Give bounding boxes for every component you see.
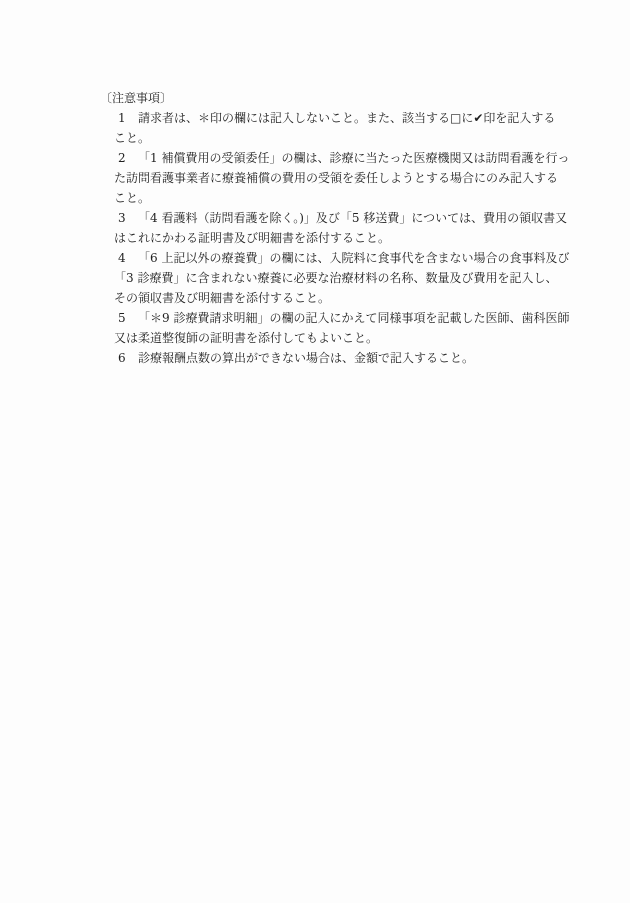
notes-section: 〔注意事項〕 1請求者は、＊印の欄には記入しないこと。また、該当する□に✔印を記… [100, 88, 590, 368]
note-line: 3「4 看護料（訪問看護を除く。)」及び「5 移送費」については、費用の領収書又 [100, 208, 590, 228]
note-item-number: 5 [118, 308, 138, 328]
note-item: 4「6 上記以外の療養費」の欄には、入院料に食事代を含まない場合の食事料及び「3… [100, 248, 590, 308]
note-item-number: 2 [118, 148, 138, 168]
note-item-text: 「4 看護料（訪問看護を除く。)」及び「5 移送費」については、費用の領収書又 [138, 211, 567, 225]
note-item-text: 請求者は、＊印の欄には記入しないこと。また、該当する□に✔印を記入する [138, 111, 555, 125]
note-line: 4「6 上記以外の療養費」の欄には、入院料に食事代を含まない場合の食事料及び [100, 248, 590, 268]
note-item: 1請求者は、＊印の欄には記入しないこと。また、該当する□に✔印を記入すること。 [100, 108, 590, 148]
document-page: 〔注意事項〕 1請求者は、＊印の欄には記入しないこと。また、該当する□に✔印を記… [0, 0, 630, 903]
note-item-text: 「6 上記以外の療養費」の欄には、入院料に食事代を含まない場合の食事料及び [138, 251, 569, 265]
note-line: こと。 [100, 188, 590, 208]
notes-list: 1請求者は、＊印の欄には記入しないこと。また、該当する□に✔印を記入すること。2… [100, 108, 590, 368]
note-line: その領収書及び明細書を添付すること。 [100, 288, 590, 308]
note-item: 2「1 補償費用の受領委任」の欄は、診療に当たった医療機関又は訪問看護を行った訪… [100, 148, 590, 208]
note-item: 3「4 看護料（訪問看護を除く。)」及び「5 移送費」については、費用の領収書又… [100, 208, 590, 248]
note-item: 6診療報酬点数の算出ができない場合は、金額で記入すること。 [100, 348, 590, 368]
note-line: 6診療報酬点数の算出ができない場合は、金額で記入すること。 [100, 348, 590, 368]
note-line: 5「＊9 診療費請求明細」の欄の記入にかえて同様事項を記載した医師、歯科医師 [100, 308, 590, 328]
note-item-number: 4 [118, 248, 138, 268]
note-line: こと。 [100, 128, 590, 148]
note-item-text: 「1 補償費用の受領委任」の欄は、診療に当たった医療機関又は訪問看護を行っ [138, 151, 569, 165]
note-line: 1請求者は、＊印の欄には記入しないこと。また、該当する□に✔印を記入する [100, 108, 590, 128]
note-line: 又は柔道整復師の証明書を添付してもよいこと。 [100, 328, 590, 348]
note-item-number: 3 [118, 208, 138, 228]
note-item-number: 1 [118, 108, 138, 128]
note-item-text: 診療報酬点数の算出ができない場合は、金額で記入すること。 [138, 351, 474, 365]
note-line: はこれにかわる証明書及び明細書を添付すること。 [100, 228, 590, 248]
note-item: 5「＊9 診療費請求明細」の欄の記入にかえて同様事項を記載した医師、歯科医師又は… [100, 308, 590, 348]
note-line: 2「1 補償費用の受領委任」の欄は、診療に当たった医療機関又は訪問看護を行っ [100, 148, 590, 168]
note-item-text: 「＊9 診療費請求明細」の欄の記入にかえて同様事項を記載した医師、歯科医師 [138, 311, 569, 325]
notes-title: 〔注意事項〕 [100, 88, 590, 108]
note-line: 「3 診療費」に含まれない療養に必要な治療材料の名称、数量及び費用を記入し、 [100, 268, 590, 288]
note-line: た訪問看護事業者に療養補償の費用の受領を委任しようとする場合にのみ記入する [100, 168, 590, 188]
note-item-number: 6 [118, 348, 138, 368]
